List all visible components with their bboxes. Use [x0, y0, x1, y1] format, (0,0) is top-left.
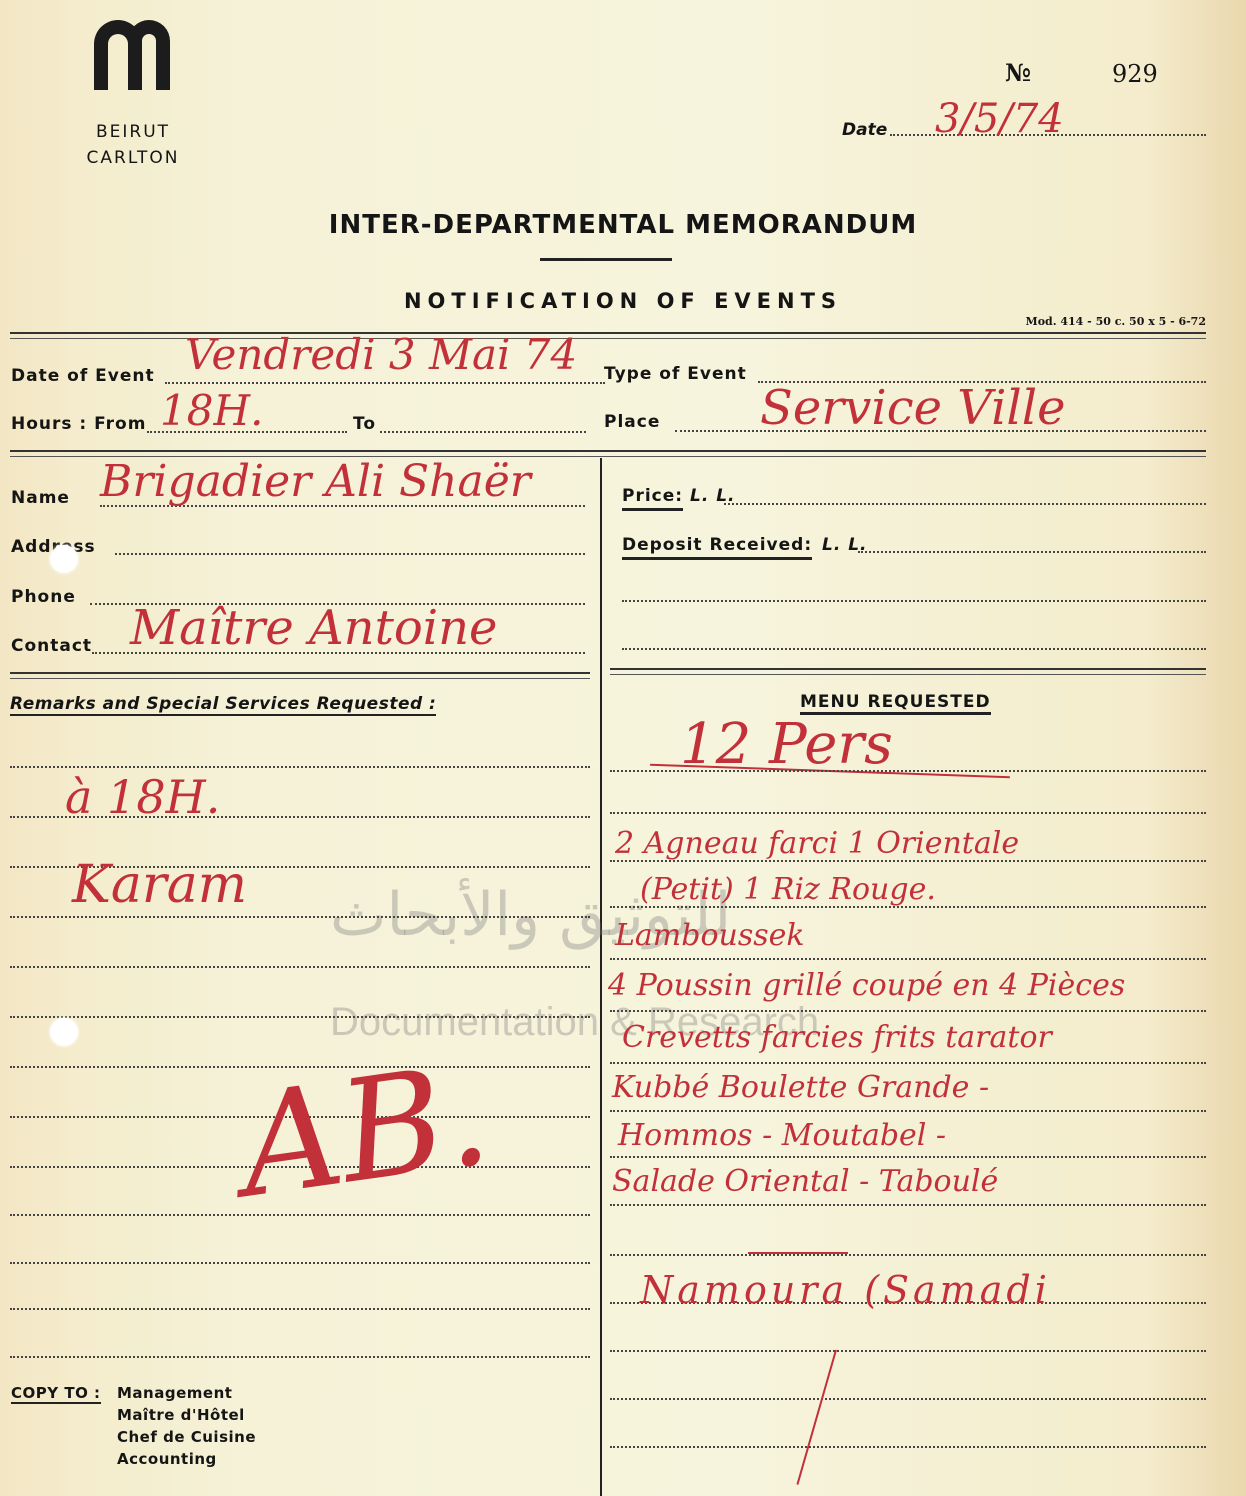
contact-value: Maître Antoine: [130, 600, 497, 656]
place-label: Place: [604, 412, 660, 432]
copy-recipient: Accounting: [117, 1450, 217, 1468]
memo-number: 929: [1112, 60, 1158, 88]
copy-recipient: Chef de Cuisine: [117, 1428, 256, 1446]
menu-item: 4 Poussin grillé coupé en 4 Pièces: [608, 968, 1125, 1003]
menu-dessert: Namoura (Samadi: [640, 1268, 1051, 1312]
date-of-event-value: Vendredi 3 Mai 74: [185, 330, 577, 379]
type-of-event-value: [760, 362, 1200, 382]
hotel-logo-icon: [94, 20, 170, 104]
copy-recipient: Maître d'Hôtel: [117, 1406, 245, 1424]
page-subtitle: NOTIFICATION OF EVENTS: [0, 289, 1246, 313]
hours-to-value: [382, 412, 582, 432]
date-value: 3/5/74: [935, 96, 1064, 142]
number-label: №: [1005, 58, 1031, 87]
menu-item: 2 Agneau farci 1 Orientale: [615, 826, 1019, 861]
hours-from-label: Hours : From: [11, 414, 146, 434]
menu-item: Lamboussek: [615, 918, 805, 953]
brand-line-2: CARLTON: [53, 148, 213, 168]
date-label: Date: [842, 120, 887, 140]
title-divider: [540, 258, 672, 261]
hours-to-label: To: [353, 414, 376, 434]
phone-label: Phone: [11, 587, 76, 607]
remark-line: à 18H.: [65, 770, 220, 824]
type-of-event-label: Type of Event: [604, 364, 747, 384]
menu-item: Salade Oriental - Taboulé: [612, 1164, 998, 1199]
form-code: Mod. 414 - 50 c. 50 x 5 - 6-72: [1026, 315, 1206, 328]
menu-item: Crevetts farcies frits tarator: [622, 1020, 1052, 1055]
price-label: Price:: [622, 486, 683, 511]
signature: AB.: [230, 1034, 499, 1230]
contact-label: Contact: [11, 636, 92, 656]
remark-line: Karam: [72, 855, 247, 915]
deposit-label: Deposit Received:: [622, 535, 812, 560]
copy-to-label: COPY TO :: [11, 1384, 101, 1404]
brand-line-1: BEIRUT: [53, 122, 213, 142]
menu-item: (Petit) 1 Riz Rouge.: [640, 872, 936, 907]
punch-hole: [50, 545, 78, 573]
menu-item: Hommos - Moutabel -: [618, 1118, 946, 1153]
date-of-event-label: Date of Event: [11, 366, 155, 386]
punch-hole: [50, 1018, 78, 1046]
copy-recipient: Management: [117, 1384, 232, 1402]
column-divider: [600, 458, 602, 1496]
page-title: INTER-DEPARTMENTAL MEMORANDUM: [0, 210, 1246, 240]
menu-item: Kubbé Boulette Grande -: [612, 1070, 989, 1105]
place-value: Service Ville: [760, 380, 1066, 436]
name-value: Brigadier Ali Shaër: [100, 456, 531, 507]
remarks-heading: Remarks and Special Services Requested :: [10, 694, 436, 716]
name-label: Name: [11, 488, 70, 508]
hours-from-value: 18H.: [160, 386, 263, 435]
